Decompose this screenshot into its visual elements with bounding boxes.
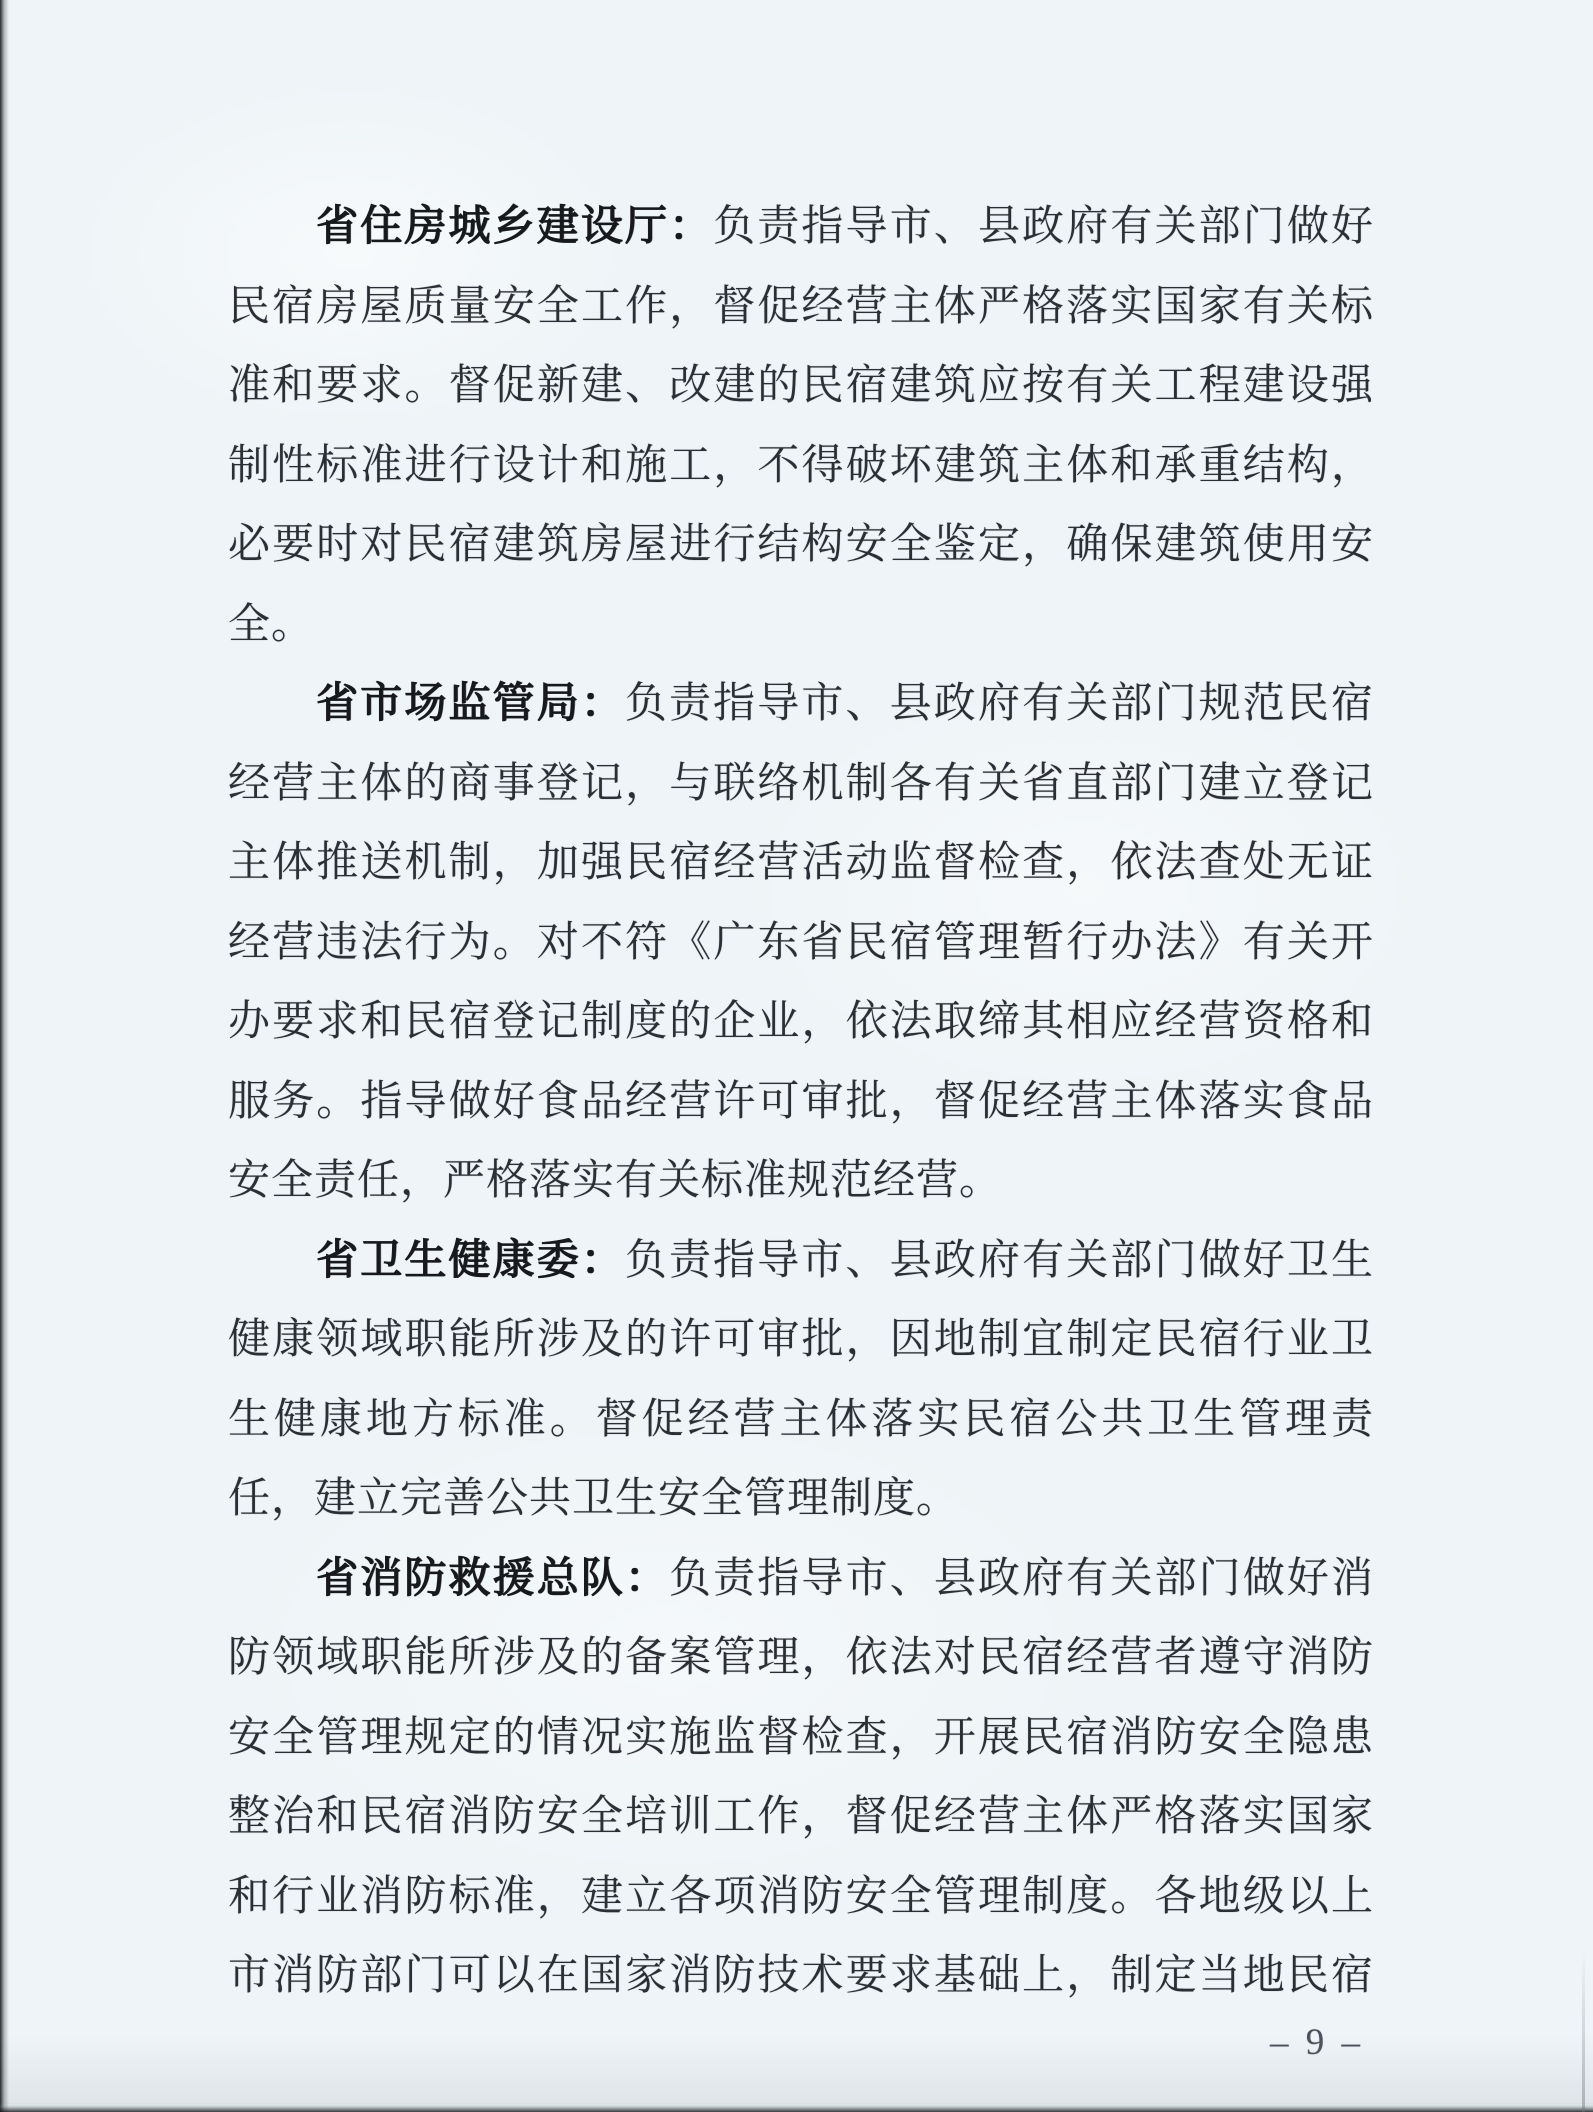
text-line: 主体推送机制，加强民宿经营活动监督检查，依法查处无证 xyxy=(228,824,1374,904)
scan-edge-left xyxy=(0,0,9,2112)
department-heading: 省市场监管局： xyxy=(316,681,625,727)
text-line: 生健康地方标准。督促经营主体落实民宿公共卫生管理责 xyxy=(228,1381,1374,1461)
text-line: 防领域职能所涉及的备案管理，依法对民宿经营者遵守消防 xyxy=(228,1619,1374,1699)
department-heading: 省消防救援总队： xyxy=(316,1556,669,1602)
document-page: 省住房城乡建设厅：负责指导市、县政府有关部门做好民宿房屋质量安全工作，督促经营主… xyxy=(0,0,1593,2112)
text-line: 市消防部门可以在国家消防技术要求基础上，制定当地民宿 xyxy=(228,1937,1374,2017)
text-line: 任，建立完善公共卫生安全管理制度。 xyxy=(228,1460,1374,1540)
text-line: 必要时对民宿建筑房屋进行结构安全鉴定，确保建筑使用安 xyxy=(228,506,1374,586)
department-heading: 省住房城乡建设厅： xyxy=(316,204,713,250)
text-line: 办要求和民宿登记制度的企业，依法取缔其相应经营资格和 xyxy=(228,983,1374,1063)
document-body: 省住房城乡建设厅：负责指导市、县政府有关部门做好民宿房屋质量安全工作，督促经营主… xyxy=(228,188,1374,2017)
text-line: 制性标准进行设计和施工，不得破坏建筑主体和承重结构， xyxy=(228,427,1374,507)
text-line: 经营主体的商事登记，与联络机制各有关省直部门建立登记 xyxy=(228,745,1374,825)
text-line: 省住房城乡建设厅：负责指导市、县政府有关部门做好 xyxy=(228,188,1374,268)
text-line: 和行业消防标准，建立各项消防安全管理制度。各地级以上 xyxy=(228,1858,1374,1938)
text-line: 经营违法行为。对不符《广东省民宿管理暂行办法》有关开 xyxy=(228,904,1374,984)
text-line: 服务。指导做好食品经营许可审批，督促经营主体落实食品 xyxy=(228,1063,1374,1143)
page-number: – 9 – xyxy=(1247,2021,1387,2064)
scan-edge-right xyxy=(1582,1952,1585,2112)
text-line: 安全管理规定的情况实施监督检查，开展民宿消防安全隐患 xyxy=(228,1699,1374,1779)
text-line: 安全责任，严格落实有关标准规范经营。 xyxy=(228,1142,1374,1222)
text-line: 健康领域职能所涉及的许可审批，因地制宜制定民宿行业卫 xyxy=(228,1301,1374,1381)
department-heading: 省卫生健康委： xyxy=(316,1238,625,1284)
text-line: 全。 xyxy=(228,586,1374,666)
text-line: 省卫生健康委：负责指导市、县政府有关部门做好卫生 xyxy=(228,1222,1374,1302)
text-line: 整治和民宿消防安全培训工作，督促经营主体严格落实国家 xyxy=(228,1778,1374,1858)
text-line: 准和要求。督促新建、改建的民宿建筑应按有关工程建设强 xyxy=(228,347,1374,427)
text-line: 省消防救援总队：负责指导市、县政府有关部门做好消 xyxy=(228,1540,1374,1620)
scan-edge-bottom xyxy=(0,2103,1593,2112)
text-line: 省市场监管局：负责指导市、县政府有关部门规范民宿 xyxy=(228,665,1374,745)
text-line: 民宿房屋质量安全工作，督促经营主体严格落实国家有关标 xyxy=(228,268,1374,348)
